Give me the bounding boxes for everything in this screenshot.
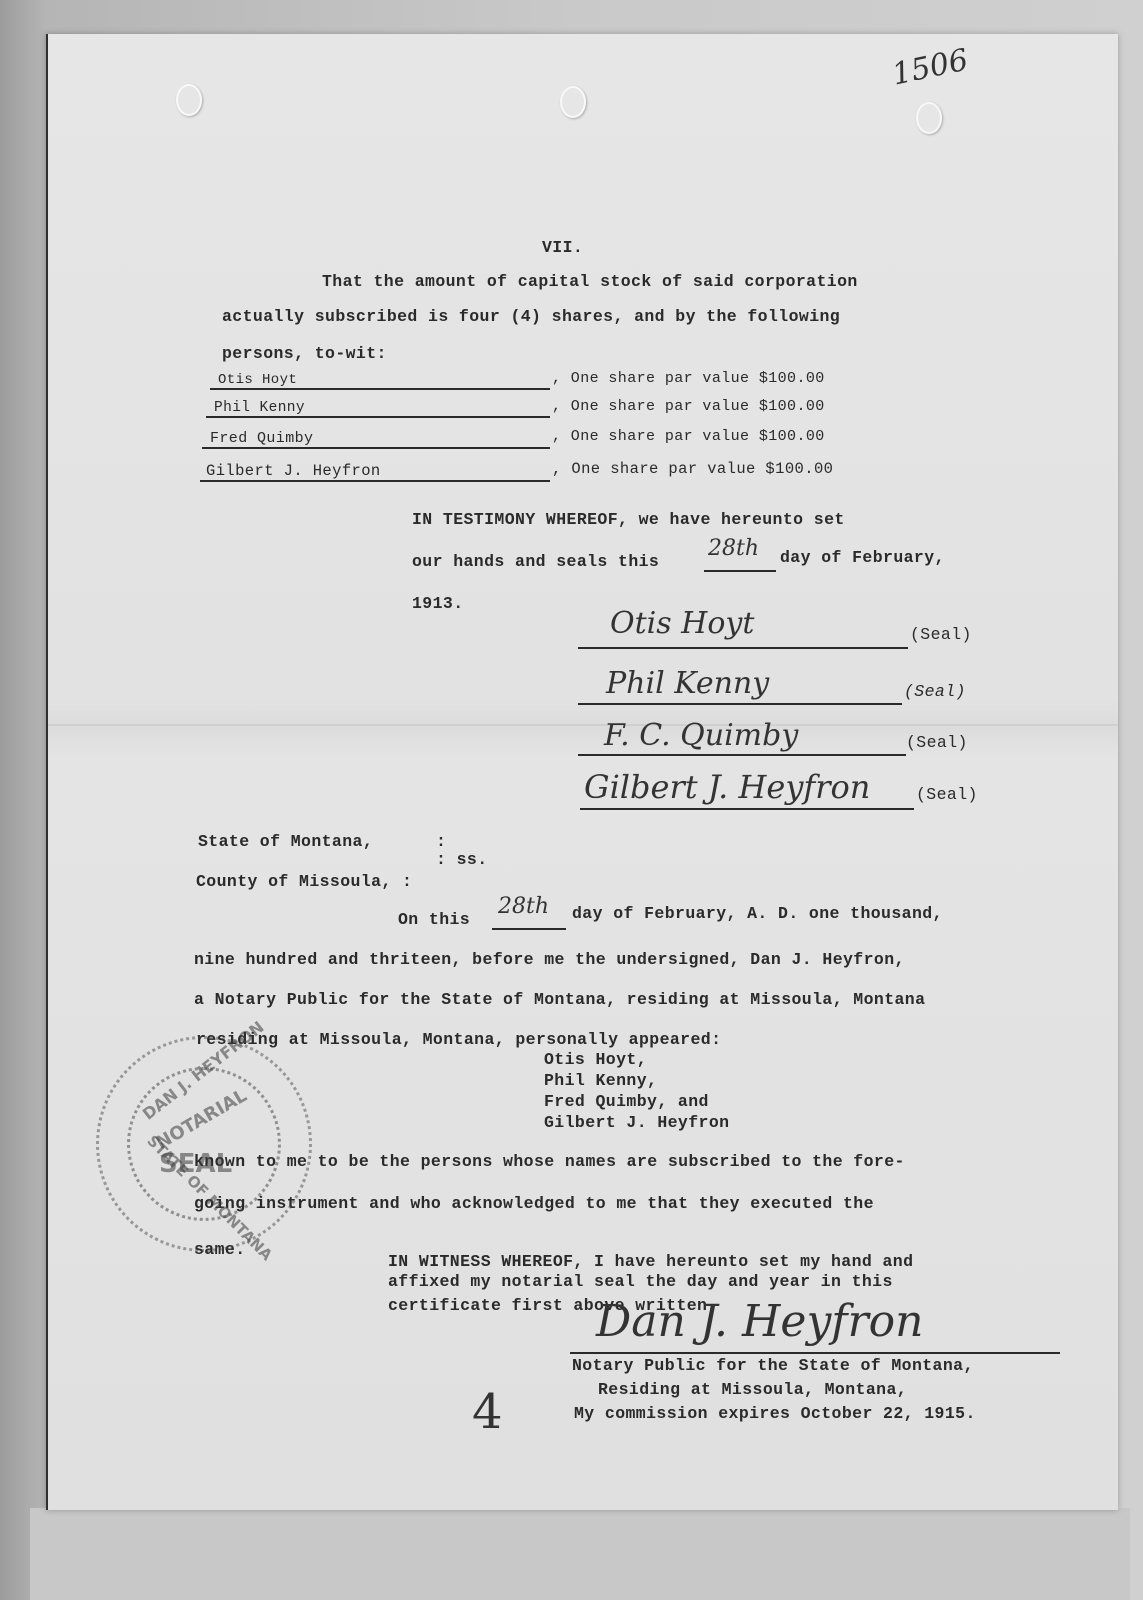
seal-label: (Seal) xyxy=(906,733,968,752)
signature-line xyxy=(580,808,914,810)
seal-label: (Seal) xyxy=(904,682,966,701)
signature-line xyxy=(578,703,902,705)
ack-line: residing at Missoula, Montana, personall… xyxy=(196,1030,721,1049)
signature: Phil Kenny xyxy=(606,666,769,701)
handwritten-day: 28th xyxy=(498,894,549,919)
signature: Gilbert J. Heyfron xyxy=(584,768,870,806)
venue-county: County of Missoula, : xyxy=(196,872,412,891)
handwritten-day: 28th xyxy=(708,536,759,561)
ack-line: nine hundred and thriteen, before me the… xyxy=(194,950,905,969)
subscriber-terms: , One share par value $100.00 xyxy=(552,398,825,415)
fold-line xyxy=(48,724,1118,726)
testimony-line: IN TESTIMONY WHEREOF, we have hereunto s… xyxy=(412,510,845,529)
notary-signature: Dan J. Heyfron xyxy=(596,1296,923,1347)
subscriber-name: Otis Hoyt xyxy=(218,372,297,388)
subscriber-underline xyxy=(202,447,550,449)
notarial-seal: DAN J. HEYFRON STATE OF MONTANA NOTARIAL… xyxy=(96,1036,312,1252)
paragraph-line: That the amount of capital stock of said… xyxy=(322,272,858,291)
notary-residence: Residing at Missoula, Montana, xyxy=(598,1380,907,1399)
subscriber-underline xyxy=(200,480,550,482)
background-sheet xyxy=(30,1508,1130,1600)
appeared-name: Phil Kenny, xyxy=(544,1071,657,1090)
signature: F. C. Quimby xyxy=(604,718,798,753)
notary-commission: My commission expires October 22, 1915. xyxy=(574,1404,976,1423)
testimony-year: 1913. xyxy=(412,594,464,613)
ack-line: On this xyxy=(398,910,470,929)
subscriber-name: Fred Quimby xyxy=(210,430,313,447)
venue-state: State of Montana, xyxy=(198,832,373,851)
ack-line: day of February, A. D. one thousand, xyxy=(572,904,943,923)
subscriber-name: Phil Kenny xyxy=(214,400,305,416)
appeared-name: Fred Quimby, and xyxy=(544,1092,709,1111)
appeared-name: Otis Hoyt, xyxy=(544,1050,647,1069)
paragraph-line: actually subscribed is four (4) shares, … xyxy=(222,307,840,326)
signature: Otis Hoyt xyxy=(610,606,754,641)
notary-title: Notary Public for the State of Montana, xyxy=(572,1356,974,1375)
subscriber-terms: , One share par value $100.00 xyxy=(552,460,833,478)
subscriber-underline xyxy=(210,388,550,390)
day-underline xyxy=(704,570,776,572)
section-heading: VII. xyxy=(542,238,583,257)
subscriber-terms: , One share par value $100.00 xyxy=(552,370,825,387)
witness-line: IN WITNESS WHEREOF, I have hereunto set … xyxy=(388,1252,913,1271)
ack-line: a Notary Public for the State of Montana… xyxy=(194,990,925,1009)
witness-line: affixed my notarial seal the day and yea… xyxy=(388,1272,893,1291)
punch-hole xyxy=(560,86,586,118)
testimony-line: our hands and seals this xyxy=(412,552,659,571)
handwritten-sheet-number: 4 xyxy=(472,1384,503,1440)
seal-label: (Seal) xyxy=(910,625,972,644)
paragraph-line: persons, to-wit: xyxy=(222,344,387,363)
seal-center-text: SEAL xyxy=(159,1149,232,1179)
signature-line xyxy=(578,754,906,756)
punch-hole xyxy=(176,84,202,116)
appeared-name: Gilbert J. Heyfron xyxy=(544,1113,729,1132)
subscriber-name: Gilbert J. Heyfron xyxy=(206,462,381,480)
punch-hole xyxy=(916,102,942,134)
testimony-line: day of February, xyxy=(780,548,945,567)
notary-signature-line xyxy=(570,1352,1060,1354)
subscriber-terms: , One share par value $100.00 xyxy=(552,428,825,445)
subscriber-underline xyxy=(206,416,550,418)
venue-ss: : ss. xyxy=(436,850,488,869)
venue-colon: : xyxy=(436,832,446,851)
seal-label: (Seal) xyxy=(916,785,978,804)
signature-line xyxy=(578,647,908,649)
day-underline xyxy=(492,928,566,930)
